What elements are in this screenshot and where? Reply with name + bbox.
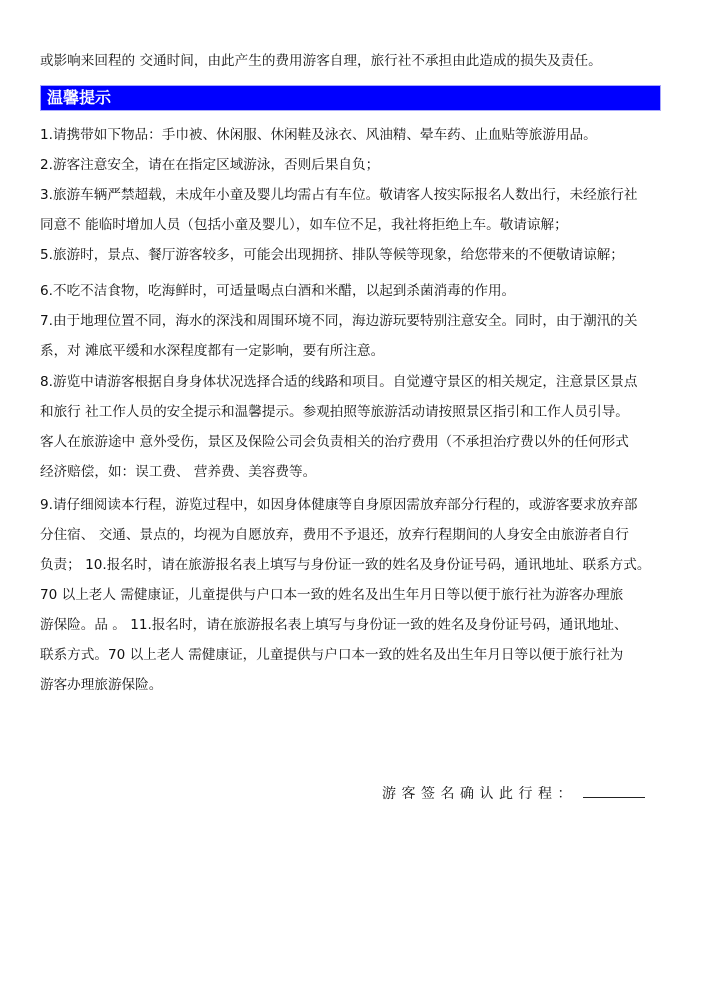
tip-line: 6.不吃不洁食物，吃海鲜时，可适量喝点白酒和米醋，以起到杀菌消毒的作用。 bbox=[40, 281, 662, 301]
tip-line: 2.游客注意安全，请在在指定区域游泳，否则后果自负； bbox=[40, 155, 662, 175]
signature-confirmation: 游客签名确认此行程： bbox=[382, 783, 645, 804]
section-title: 温馨提示 bbox=[47, 88, 111, 108]
tip-line: 1.请携带如下物品：手巾被、休闲服、休闲鞋及泳衣、风油精、晕车药、止血贴等旅游用… bbox=[40, 125, 662, 145]
tip-line: 9.请仔细阅读本行程，游览过程中，如因身体健康等自身原因需放弃部分行程的，或游客… bbox=[40, 495, 662, 515]
tip-line: 7.由于地理位置不同，海水的深浅和周围环境不同，海边游玩要特别注意安全。同时，由… bbox=[40, 311, 662, 331]
tip-line: 经济赔偿，如：误工费、 营养费、美容费等。 bbox=[40, 462, 662, 482]
continuation-text: 或影响来回程的 交通时间，由此产生的费用游客自理，旅行社不承担由此造成的损失及责… bbox=[40, 51, 662, 71]
tip-line: 8.游览中请游客根据自身身体状况选择合适的线路和项目。自觉遵守景区的相关规定，注… bbox=[40, 372, 662, 392]
tip-line: 负责； 10.报名时，请在旅游报名表上填写与身份证一致的姓名及身份证号码，通讯地… bbox=[40, 555, 662, 575]
tip-line: 和旅行 社工作人员的安全提示和温馨提示。参观拍照等旅游活动请按照景区指引和工作人… bbox=[40, 402, 662, 422]
tip-line: 分住宿、 交通、景点的，均视为自愿放弃，费用不予退还，放弃行程期间的人身安全由旅… bbox=[40, 525, 662, 545]
signature-label: 游客签名确认此行程： bbox=[382, 786, 577, 802]
tip-line: 客人在旅游途中 意外受伤，景区及保险公司会负责相关的治疗费用（不承担治疗费以外的… bbox=[40, 432, 662, 452]
tip-line: 70 以上老人 需健康证，儿童提供与户口本一致的姓名及出生年月日等以便于旅行社为… bbox=[40, 585, 662, 605]
tip-line: 同意不 能临时增加人员（包括小童及婴儿），如车位不足，我社将拒绝上车。敬请谅解； bbox=[40, 215, 662, 235]
tip-line: 游保险。品 。 11.报名时，请在旅游报名表上填写与身份证一致的姓名及身份证号码… bbox=[40, 615, 662, 635]
tip-line: 3.旅游车辆严禁超载，未成年小童及婴儿均需占有车位。敬请客人按实际报名人数出行，… bbox=[40, 185, 662, 205]
tip-line: 5.旅游时，景点、餐厅游客较多，可能会出现拥挤、排队等候等现象，给您带来的不便敬… bbox=[40, 245, 662, 265]
section-header-bar: 温馨提示 bbox=[40, 85, 661, 111]
tip-line: 游客办理旅游保险。 bbox=[40, 675, 662, 695]
tip-line: 联系方式。70 以上老人 需健康证，儿童提供与户口本一致的姓名及出生年月日等以便… bbox=[40, 645, 662, 665]
tip-line: 系，对 滩底平缓和水深程度都有一定影响，要有所注意。 bbox=[40, 341, 662, 361]
signature-blank-line[interactable] bbox=[583, 783, 645, 798]
